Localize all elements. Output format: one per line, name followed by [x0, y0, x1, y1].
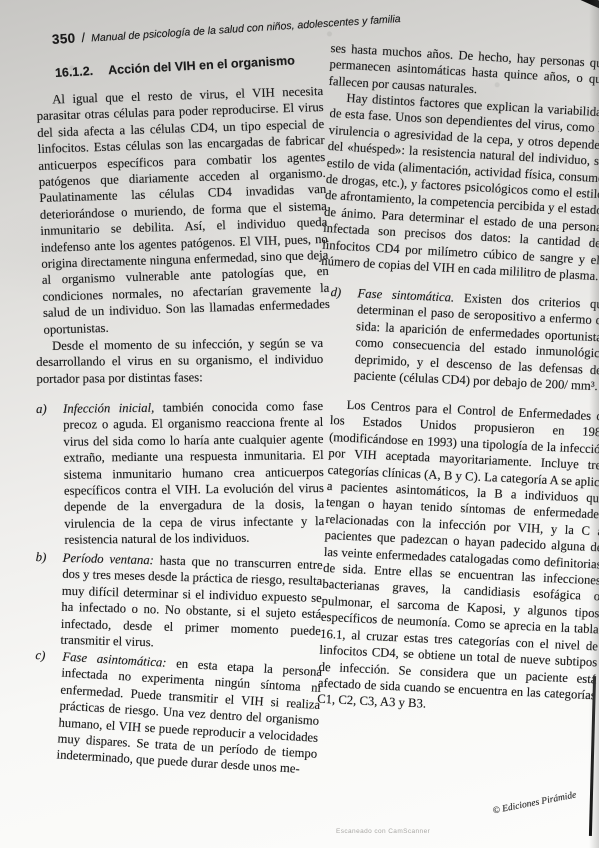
- list-item-text: Período ventana: hasta que no transcurre…: [60, 550, 323, 656]
- list-item-term: Período ventana:: [63, 551, 154, 568]
- section-heading: 16.1.2. Acción del VIH en el organismo: [55, 50, 355, 80]
- scanned-book-page: { "page": { "number": "350", "separator"…: [0, 0, 599, 848]
- list-item-text: Fase sintomática. Existen dos criterios …: [354, 285, 599, 395]
- list-item-a: a) Infección inicial, también conocida c…: [36, 398, 325, 549]
- paragraph: Desde el momento de su infección, y segú…: [36, 335, 323, 387]
- scan-edge-shadow: [589, 0, 599, 848]
- publisher-credit: © Ediciones Pirámide: [492, 786, 599, 817]
- list-item-term: Infección inicial,: [63, 401, 154, 416]
- page-number: 350: [52, 31, 76, 47]
- scanner-watermark: Escaneado con CamScanner: [336, 828, 430, 835]
- list-item-text: Fase asintomática: en esta etapa la pers…: [56, 649, 322, 779]
- paragraph: Hay distintos factores que explican la v…: [321, 89, 599, 285]
- list-item-b: b) Período ventana: hasta que no transcu…: [33, 549, 323, 655]
- list-marker: a): [36, 401, 65, 549]
- left-column: Al igual que el resto de virus, el VIH n…: [36, 92, 323, 762]
- list-item-d: d) Fase sintomática. Existen dos criteri…: [327, 284, 599, 395]
- list-item-body: hasta que no transcurren entre dos y tre…: [60, 553, 323, 649]
- list-item-body: también conocida como fase precoz o agud…: [63, 399, 324, 547]
- list-item-body: en esta etapa la persona infectada no ex…: [56, 656, 322, 776]
- section-number: 16.1.2.: [55, 64, 94, 80]
- paragraph: Al igual que el resto de virus, el VIH n…: [36, 83, 331, 338]
- list-item-text: Infección inicial, también conocida como…: [63, 398, 325, 548]
- paragraph: Los Centros para el Control de Enfermeda…: [317, 396, 599, 720]
- list-marker: b): [33, 549, 63, 648]
- list-item-body: Existen dos criterios que determinan el …: [354, 290, 599, 393]
- list-item-c: c) Fase asintomática: en esta etapa la p…: [29, 647, 322, 779]
- right-column: ses hasta muchos años. De hecho, hay per…: [331, 40, 599, 708]
- list-item-term: Fase sintomática.: [357, 286, 454, 304]
- section-title: Acción del VIH en el organismo: [108, 53, 295, 77]
- header-separator: /: [78, 30, 89, 46]
